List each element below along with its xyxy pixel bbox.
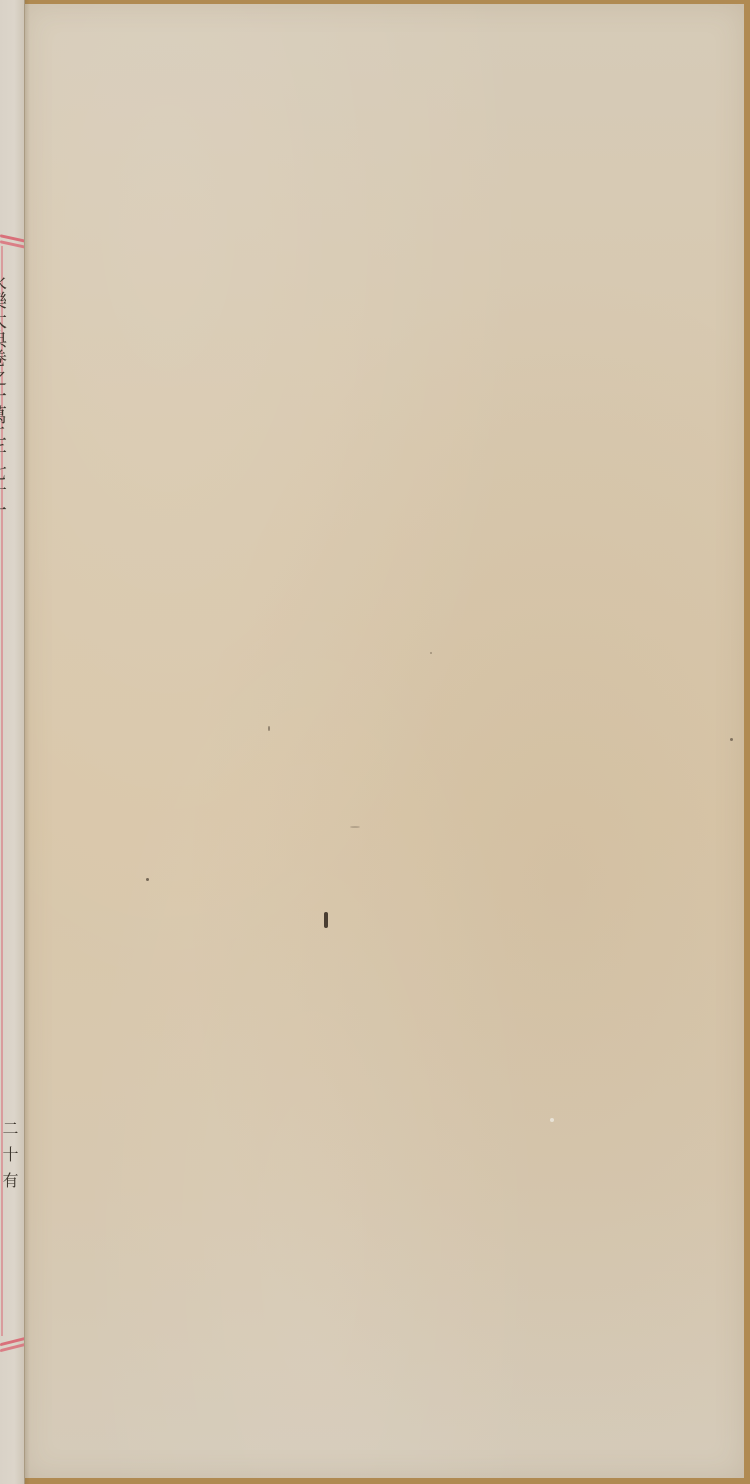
blank-paper-leaf [24,4,744,1478]
ink-speck [324,912,328,928]
paper-crease [350,826,360,828]
ink-speck [268,726,270,731]
ink-speck [730,738,733,741]
ink-speck [146,878,149,881]
fold-shadow [24,0,30,1484]
page-marker: 二十有 [3,1120,21,1198]
scanned-page: 永樂大典卷之一萬二千七十一 二十有 [0,0,750,1484]
spine-fold-strip: 永樂大典卷之一萬二千七十一 二十有 [0,0,25,1484]
volume-title: 永樂大典卷之一萬二千七十一 [3,272,23,519]
paper-flaw [550,1118,554,1122]
ink-speck [430,652,432,654]
